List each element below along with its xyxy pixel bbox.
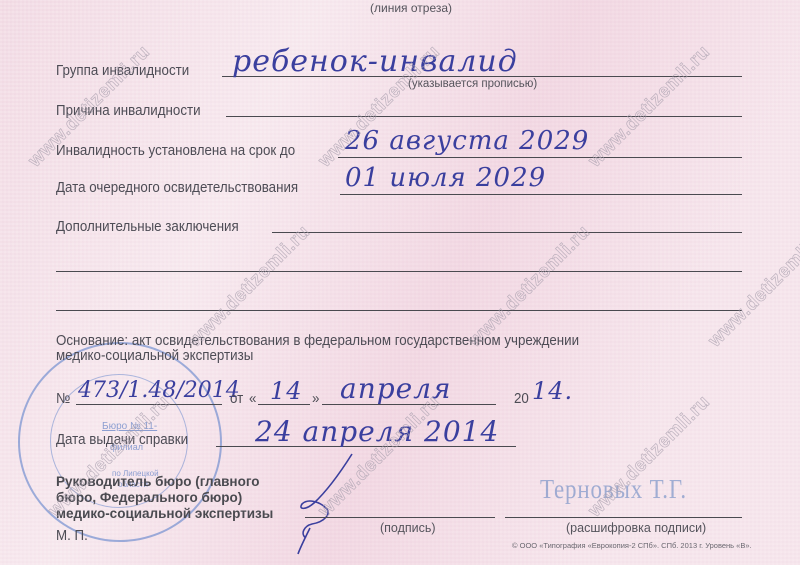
act-day-value[interactable]: 14: [270, 377, 303, 405]
watermark-text: www.detizemli.ru: [704, 222, 800, 352]
act-from-label: от: [230, 391, 243, 407]
watermark-text: www.detizemli.ru: [584, 42, 714, 172]
act-year-suffix[interactable]: 14.: [532, 377, 573, 405]
act-quote-open: «: [249, 391, 256, 407]
disability-group-value[interactable]: ребенок-инвалид: [232, 44, 518, 79]
printer-note: © ООО «Типография «Еврокопия-2 СПб». СПб…: [512, 541, 752, 550]
act-quote-close: »: [312, 391, 319, 407]
additional-conclusions-line-3[interactable]: [56, 310, 742, 311]
cut-line-label: (линия отреза): [370, 1, 452, 15]
disability-group-hint: (указывается прописью): [408, 78, 537, 90]
additional-conclusions-label: Дополнительные заключения: [56, 219, 239, 235]
additional-conclusions-line-2[interactable]: [56, 271, 742, 272]
disability-cause-line[interactable]: [226, 116, 742, 117]
signature-caption: (подпись): [380, 521, 436, 535]
next-examination-value[interactable]: 01 июля 2029: [345, 163, 546, 193]
act-year-prefix: 20: [514, 391, 529, 407]
basis-text-line2: медико-социальной экспертизы: [56, 348, 253, 364]
signature-decoding-line[interactable]: [505, 517, 742, 518]
signature-decoding-caption: (расшифровка подписи): [566, 521, 706, 535]
next-examination-label: Дата очередного освидетельствования: [56, 180, 298, 196]
head-title-line3: медико-социальной экспертизы: [56, 506, 273, 522]
basis-text-line1: Основание: акт освидетельствования в фед…: [56, 333, 579, 349]
additional-conclusions-line-1[interactable]: [272, 232, 742, 233]
act-number-prefix: №: [56, 391, 70, 407]
established-until-label: Инвалидность установлена на срок до: [56, 143, 295, 159]
seal-label: М. П.: [56, 528, 88, 544]
established-until-line: [338, 157, 742, 158]
next-examination-line: [340, 194, 742, 195]
established-until-value[interactable]: 26 августа 2029: [345, 126, 589, 156]
